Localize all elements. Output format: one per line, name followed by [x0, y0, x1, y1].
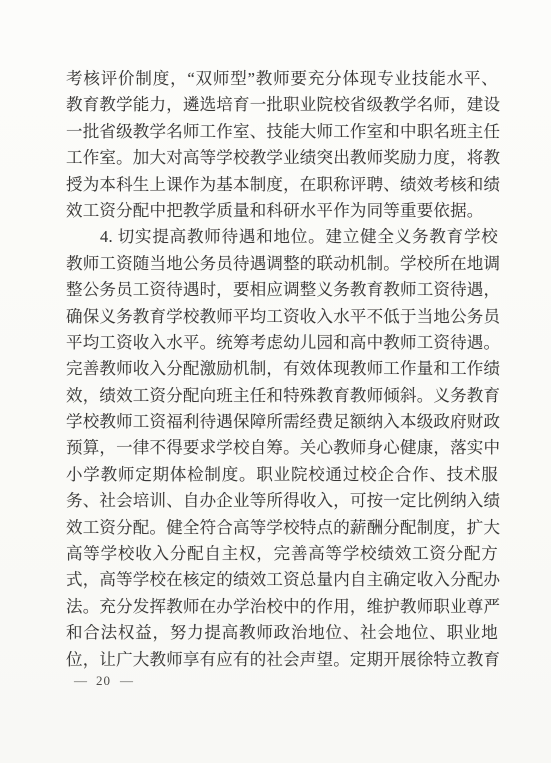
scanned-document-page: 考核评价制度，“双师型”教师要充分体现专业技能水平、 教育教学能力，遴选培育一批…	[0, 0, 551, 763]
text-line: 和合法权益，努力提高教师政治地位、社会地位、职业地	[66, 620, 498, 646]
text-line: 高等学校收入分配自主权，完善高等学校绩效工资分配方	[66, 541, 498, 567]
page-number: 20	[96, 673, 111, 689]
text-line: 小学教师定期体检制度。职业院校通过校企合作、技术服	[66, 462, 498, 488]
text-line: 效工资分配。健全符合高等学校特点的薪酬分配制度，扩大	[66, 515, 498, 541]
document-body-text: 考核评价制度，“双师型”教师要充分体现专业技能水平、 教育教学能力，遴选培育一批…	[66, 66, 498, 673]
text-line: 效，绩效工资分配向班主任和特殊教育教师倾斜。义务教育	[66, 383, 498, 409]
footer-dash-right: —	[120, 674, 133, 688]
text-line: 一批省级教学名师工作室、技能大师工作室和中职名班主任	[66, 119, 498, 145]
page-footer: — 20 —	[74, 673, 133, 689]
text-line: 教师工资随当地公务员待遇调整的联动机制。学校所在地调	[66, 251, 498, 277]
text-line: 务、社会培训、自办企业等所得收入，可按一定比例纳入绩	[66, 488, 498, 514]
text-line: 学校教师工资福利待遇保障所需经费足额纳入本级政府财政	[66, 409, 498, 435]
text-line: 整公务员工资待遇时，要相应调整义务教育教师工资待遇，	[66, 277, 498, 303]
text-line-item-4-start: 4. 切实提高教师待遇和地位。建立健全义务教育学校	[66, 224, 498, 250]
text-line: 法。充分发挥教师在办学治校中的作用，维护教师职业尊严	[66, 594, 498, 620]
text-line: 效工资分配中把教学质量和科研水平作为同等重要依据。	[66, 198, 498, 224]
text-line: 考核评价制度，“双师型”教师要充分体现专业技能水平、	[66, 66, 498, 92]
text-line: 完善教师收入分配激励机制，有效体现教师工作量和工作绩	[66, 356, 498, 382]
text-line: 确保义务教育学校教师平均工资收入水平不低于当地公务员	[66, 304, 498, 330]
text-line: 预算，一律不得要求学校自筹。关心教师身心健康，落实中	[66, 435, 498, 461]
text-line: 位，让广大教师享有应有的社会声望。定期开展徐特立教育	[66, 647, 498, 673]
footer-dash-left: —	[74, 674, 87, 688]
text-line: 平均工资收入水平。统筹考虑幼儿园和高中教师工资待遇。	[66, 330, 498, 356]
text-line: 工作室。加大对高等学校教学业绩突出教师奖励力度，将教	[66, 145, 498, 171]
text-line: 式，高等学校在核定的绩效工资总量内自主确定收入分配办	[66, 567, 498, 593]
text-line: 教育教学能力，遴选培育一批职业院校省级教学名师，建设	[66, 92, 498, 118]
text-line: 授为本科生上课作为基本制度，在职称评聘、绩效考核和绩	[66, 172, 498, 198]
